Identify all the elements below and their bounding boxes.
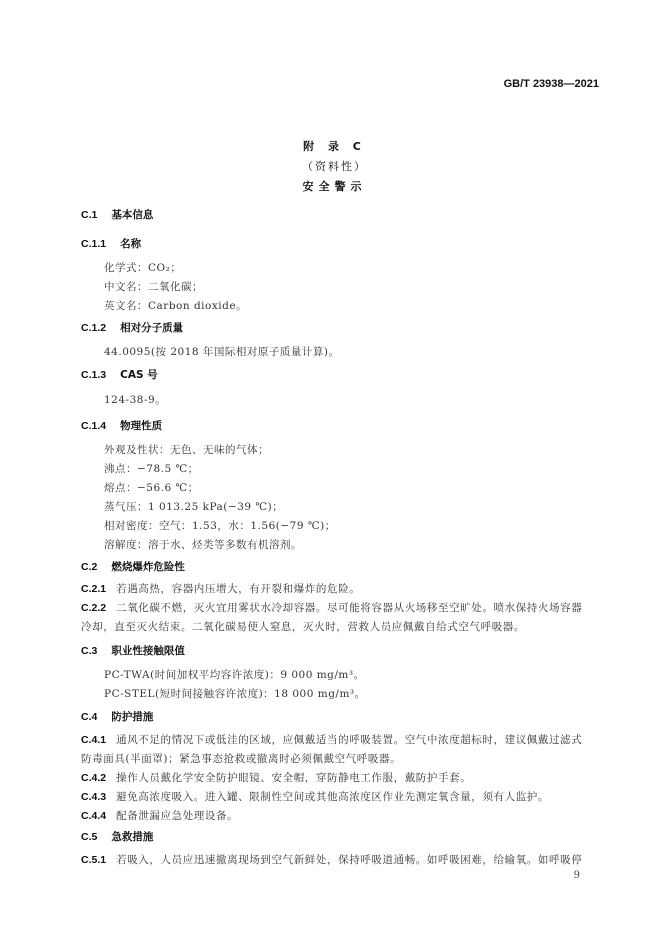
text-line: 溶解度：溶于水、烃类等多数有机溶剂。 bbox=[104, 537, 302, 552]
clause-text: 操作人员戴化学安全防护眼镜、安全帽，穿防静电工作服，戴防护手套。 bbox=[116, 772, 471, 784]
section-heading-c1-3: C.1.3CAS 号 bbox=[81, 367, 158, 382]
section-title: 职业性接触限值 bbox=[111, 645, 185, 657]
section-heading-c4: C.4防护措施 bbox=[81, 709, 153, 724]
clause-text: 二氧化碳不燃，灭火宜用雾状水冷却容器。尽可能将容器从火场移至空旷处。喷水保持火场… bbox=[81, 602, 582, 633]
section-heading-c1-1: C.1.1名称 bbox=[81, 236, 141, 251]
page-number: 9 bbox=[574, 870, 580, 881]
text-line: 124-38-9。 bbox=[104, 392, 166, 407]
section-number: C.3 bbox=[81, 645, 97, 657]
clause-text: 避免高浓度吸入。进入罐、限制性空间或其他高浓度区作业先测定氧含量，须有人监护。 bbox=[116, 791, 549, 803]
clause-text: 配备泄漏应急处理设备。 bbox=[116, 810, 238, 822]
clause-number: C.4.2 bbox=[81, 772, 106, 784]
clause-text: 通风不足的情况下或低洼的区域，应佩戴适当的呼吸装置。空气中浓度超标时，建议佩戴过… bbox=[81, 734, 582, 765]
text-line: 44.0095(按 2018 年国际相对原子质量计算)。 bbox=[104, 344, 340, 359]
clause-c4-3: C.4.3避免高浓度吸入。进入罐、限制性空间或其他高浓度区作业先测定氧含量，须有… bbox=[81, 788, 591, 807]
annex-title-block: 附 录 C （资料性） 安全警示 bbox=[0, 137, 669, 197]
clause-number: C.4.3 bbox=[81, 791, 106, 803]
text-line: 化学式：CO₂； bbox=[104, 260, 181, 275]
text-line: 相对密度：空气：1.53，水：1.56(−79 ℃)； bbox=[104, 518, 336, 533]
section-title: 燃烧爆炸危险性 bbox=[111, 561, 185, 573]
section-number: C.5 bbox=[81, 831, 97, 843]
section-number: C.1.3 bbox=[81, 369, 106, 381]
text-line: 英文名：Carbon dioxide。 bbox=[104, 298, 247, 313]
annex-title: 附 录 C bbox=[0, 137, 669, 157]
clause-c5-1: C.5.1若吸入，人员应迅速撤离现场到空气新鲜处，保持呼吸道通畅。如呼吸困难，给… bbox=[81, 851, 591, 870]
annex-name: 安全警示 bbox=[0, 177, 669, 197]
section-title: 基本信息 bbox=[111, 209, 153, 221]
standard-code: GB/T 23938—2021 bbox=[504, 78, 599, 90]
clause-c4-2: C.4.2操作人员戴化学安全防护眼镜、安全帽，穿防静电工作服，戴防护手套。 bbox=[81, 769, 591, 788]
section-heading-c1-2: C.1.2相对分子质量 bbox=[81, 320, 183, 335]
clause-number: C.4.4 bbox=[81, 810, 106, 822]
clause-c4-1: C.4.1通风不足的情况下或低洼的区域，应佩戴适当的呼吸装置。空气中浓度超标时，… bbox=[81, 731, 591, 769]
section-title: 相对分子质量 bbox=[120, 322, 183, 334]
section-title: CAS 号 bbox=[120, 369, 158, 381]
text-line: PC-TWA(时间加权平均容许浓度)：9 000 mg/m³。 bbox=[104, 667, 365, 682]
section-heading-c1-4: C.1.4物理性质 bbox=[81, 418, 162, 433]
clause-number: C.5.1 bbox=[81, 854, 106, 866]
section-heading-c2: C.2燃烧爆炸危险性 bbox=[81, 559, 185, 574]
clause-number: C.2.2 bbox=[81, 602, 106, 614]
section-number: C.2 bbox=[81, 561, 97, 573]
clause-c2-2: C.2.2二氧化碳不燃，灭火宜用雾状水冷却容器。尽可能将容器从火场移至空旷处。喷… bbox=[81, 599, 591, 637]
section-heading-c5: C.5急救措施 bbox=[81, 829, 153, 844]
text-line: 蒸气压：1 013.25 kPa(−39 ℃)； bbox=[104, 499, 283, 514]
section-number: C.1.2 bbox=[81, 322, 106, 334]
text-line: 沸点：−78.5 ℃； bbox=[104, 461, 199, 476]
text-line: 外观及性状：无色、无味的气体； bbox=[104, 442, 269, 457]
clause-number: C.4.1 bbox=[81, 734, 106, 746]
clause-c2-1: C.2.1若遇高热，容器内压增大，有开裂和爆炸的危险。 bbox=[81, 580, 591, 599]
text-line: PC-STEL(短时间接触容许浓度)：18 000 mg/m³。 bbox=[104, 686, 366, 701]
section-title: 急救措施 bbox=[111, 831, 153, 843]
section-title: 物理性质 bbox=[120, 420, 162, 432]
section-heading-c3: C.3职业性接触限值 bbox=[81, 643, 185, 658]
clause-c4-4: C.4.4配备泄漏应急处理设备。 bbox=[81, 807, 591, 826]
section-title: 名称 bbox=[120, 238, 141, 250]
text-line: 中文名：二氧化碳； bbox=[104, 279, 203, 294]
section-number: C.1 bbox=[81, 209, 97, 221]
section-number: C.4 bbox=[81, 711, 97, 723]
section-title: 防护措施 bbox=[111, 711, 153, 723]
section-heading-c1: C.1基本信息 bbox=[81, 207, 153, 222]
clause-text: 若吸入，人员应迅速撤离现场到空气新鲜处，保持呼吸道通畅。如呼吸困难，给输氧。如呼… bbox=[116, 854, 582, 866]
section-number: C.1.1 bbox=[81, 238, 106, 250]
annex-type: （资料性） bbox=[0, 157, 669, 177]
clause-number: C.2.1 bbox=[81, 583, 106, 595]
section-number: C.1.4 bbox=[81, 420, 106, 432]
text-line: 熔点：−56.6 ℃； bbox=[104, 480, 199, 495]
clause-text: 若遇高热，容器内压增大，有开裂和爆炸的危险。 bbox=[116, 583, 360, 595]
